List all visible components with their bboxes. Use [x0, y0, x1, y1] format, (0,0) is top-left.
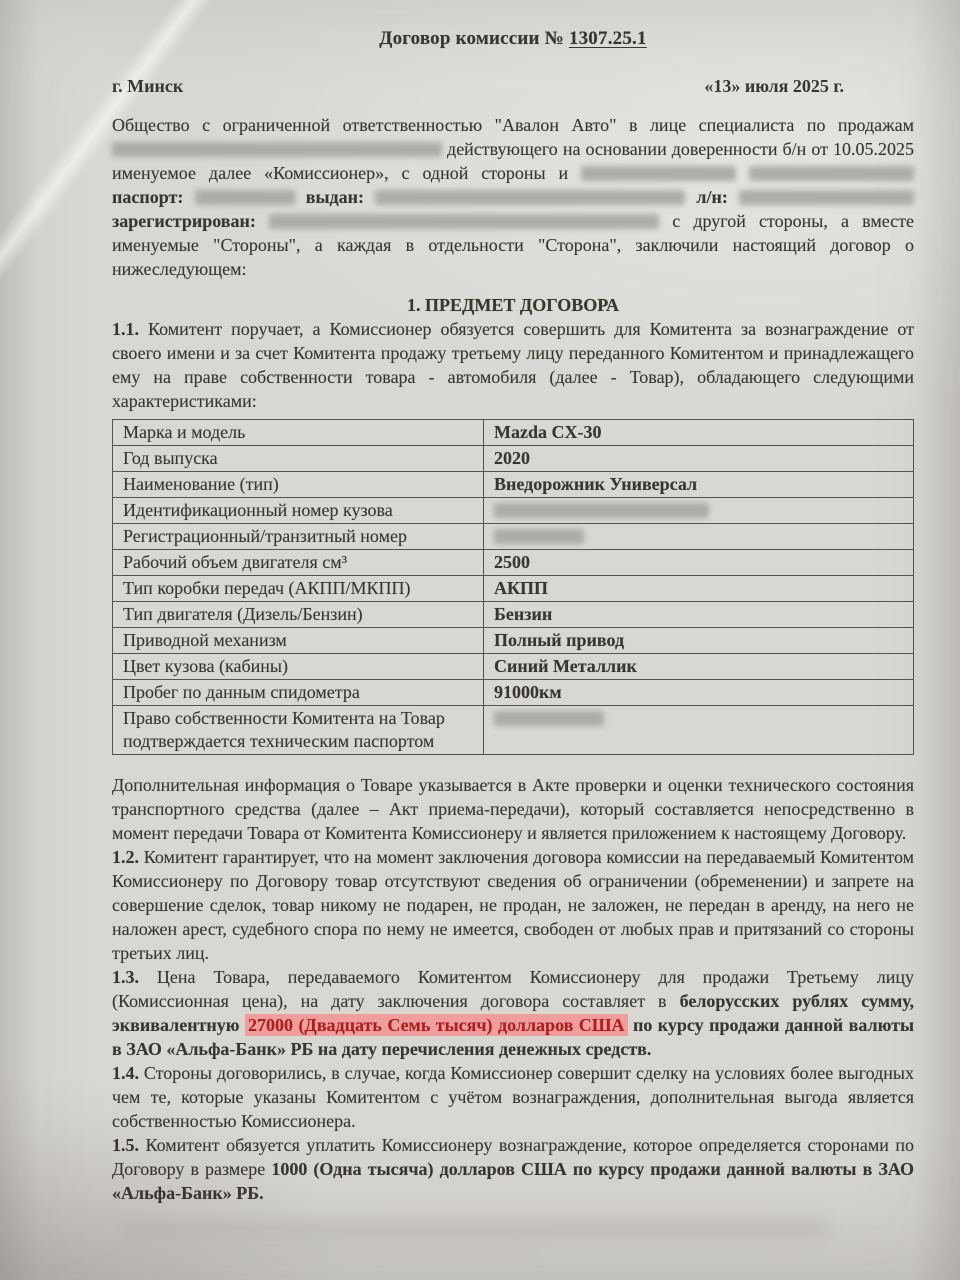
vehicle-table-row: Тип коробки передач (АКПП/МКПП)АКПП — [113, 576, 914, 602]
vehicle-table-row: Марка и модельMazda CX-30 — [113, 420, 914, 446]
text-segment — [736, 163, 749, 183]
vehicle-attr-label: Право собственности Комитента на Товар п… — [113, 706, 484, 755]
document-title: Договор комиссии № 1307.25.1 — [112, 28, 914, 50]
clause-1-5-paragraph: 1.5. Комитент обязуется уплатить Комисси… — [112, 1133, 914, 1205]
text-segment: 1.5. — [112, 1135, 139, 1155]
text-segment: 1.1. — [112, 319, 139, 339]
vehicle-attr-label: Год выпуска — [113, 446, 484, 472]
text-segment: 1.4. — [112, 1063, 139, 1083]
vehicle-attr-label: Идентификационный номер кузова — [113, 498, 484, 524]
vehicle-table-row: Рабочий объем двигателя см³2500 — [113, 550, 914, 576]
text-segment: 1.2. — [112, 847, 139, 867]
vehicle-table-row: Цвет кузова (кабины)Синий Металлик — [113, 654, 914, 680]
redacted-text — [749, 166, 914, 181]
vehicle-attr-value — [484, 524, 914, 550]
vehicle-table-row: Пробег по данным спидометра91000км — [113, 680, 914, 706]
vehicle-table-row: Год выпуска2020 — [113, 446, 914, 472]
vehicle-attr-label: Тип коробки передач (АКПП/МКПП) — [113, 576, 484, 602]
clause-1-4-paragraph: 1.4. Стороны договорились, в случае, ког… — [112, 1061, 914, 1133]
title-meta-row: г. Минск «13» июля 2025 г. — [112, 76, 914, 97]
text-segment: 1.3. — [112, 967, 139, 987]
text-segment: паспорт: — [112, 187, 195, 207]
vehicle-table-row: Приводной механизмПолный привод — [113, 628, 914, 654]
clause-1-1-paragraph: 1.1. Комитент поручает, а Комиссионер об… — [112, 317, 914, 413]
price-highlight: 27000 (Двадцать Семь тысяч) долларов США — [245, 1014, 628, 1036]
redacted-text — [739, 190, 914, 205]
vehicle-attr-label: Тип двигателя (Дизель/Бензин) — [113, 602, 484, 628]
additional-info-paragraph: Дополнительная информация о Товаре указы… — [112, 773, 914, 845]
vehicle-attr-value: 2500 — [484, 550, 914, 576]
vehicle-attr-value — [484, 498, 914, 524]
intro-paragraph: Общество с ограниченной ответственностью… — [112, 113, 914, 281]
vehicle-attr-value: Бензин — [484, 602, 914, 628]
text-segment: Комитент гарантирует, что на момент закл… — [112, 847, 914, 963]
vehicle-attr-label: Приводной механизм — [113, 628, 484, 654]
vehicle-attr-label: Наименование (тип) — [113, 472, 484, 498]
contract-content: Договор комиссии № 1307.25.1 г. Минск «1… — [112, 28, 914, 1205]
vehicle-spec-table: Марка и модельMazda CX-30Год выпуска2020… — [112, 419, 914, 755]
vehicle-attr-value: Синий Металлик — [484, 654, 914, 680]
redacted-text — [494, 529, 584, 544]
vehicle-table-row: Идентификационный номер кузова — [113, 498, 914, 524]
text-segment: Стороны договорились, в случае, когда Ко… — [112, 1063, 914, 1131]
redacted-text — [494, 711, 604, 726]
vehicle-attr-label: Пробег по данным спидометра — [113, 680, 484, 706]
vehicle-table-row: Регистрационный/транзитный номер — [113, 524, 914, 550]
text-segment: Общество с ограниченной ответственностью… — [112, 115, 914, 135]
vehicle-attr-label: Цвет кузова (кабины) — [113, 654, 484, 680]
text-segment: Комитент поручает, а Комиссионер обязует… — [112, 319, 914, 411]
vehicle-attr-value: Mazda CX-30 — [484, 420, 914, 446]
vehicle-table-row: Право собственности Комитента на Товар п… — [113, 706, 914, 755]
vehicle-attr-label: Регистрационный/транзитный номер — [113, 524, 484, 550]
redacted-text — [269, 214, 659, 229]
redacted-text — [112, 142, 442, 157]
date-label: «13» июля 2025 г. — [704, 76, 844, 97]
redacted-text — [375, 190, 685, 205]
text-segment: выдан: — [295, 187, 376, 207]
page-bleed-smudge — [120, 1222, 830, 1238]
city-label: г. Минск — [112, 76, 183, 97]
clause-1-3-paragraph: 1.3. Цена Товара, передаваемого Комитент… — [112, 965, 914, 1061]
page-bleed-smudge — [150, 1246, 540, 1258]
vehicle-attr-value: АКПП — [484, 576, 914, 602]
text-segment: Дополнительная информация о Товаре указы… — [112, 775, 914, 843]
scanned-contract-page: Договор комиссии № 1307.25.1 г. Минск «1… — [0, 0, 960, 1280]
vehicle-attr-value — [484, 706, 914, 755]
text-segment: 1307.25.1 — [569, 28, 647, 49]
text-segment: зарегистрирован: — [112, 211, 269, 231]
vehicle-attr-value: 2020 — [484, 446, 914, 472]
vehicle-attr-label: Рабочий объем двигателя см³ — [113, 550, 484, 576]
vehicle-table-row: Наименование (тип)Внедорожник Универсал — [113, 472, 914, 498]
text-segment: л/н: — [685, 187, 739, 207]
vehicle-attr-value: Полный привод — [484, 628, 914, 654]
vehicle-attr-value: 91000км — [484, 680, 914, 706]
text-segment: Договор комиссии № — [379, 28, 569, 49]
vehicle-table-row: Тип двигателя (Дизель/Бензин)Бензин — [113, 602, 914, 628]
vehicle-attr-label: Марка и модель — [113, 420, 484, 446]
redacted-text — [581, 166, 736, 181]
redacted-text — [494, 503, 709, 518]
section-1-heading: 1. ПРЕДМЕТ ДОГОВОРА — [112, 293, 914, 317]
redacted-text — [195, 190, 295, 205]
vehicle-attr-value: Внедорожник Универсал — [484, 472, 914, 498]
clause-1-2-paragraph: 1.2. Комитент гарантирует, что на момент… — [112, 845, 914, 965]
